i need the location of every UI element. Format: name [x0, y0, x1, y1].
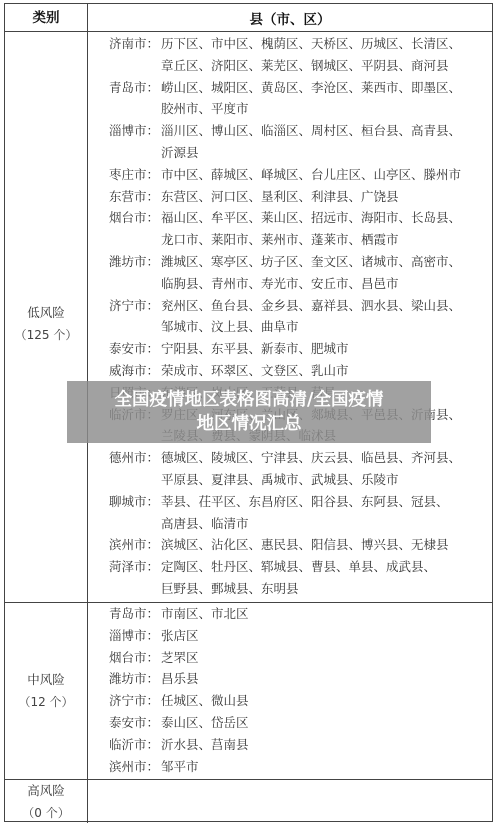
- city-entry: 泰安市：泰山区、岱岳区: [88, 712, 492, 734]
- title-overlay-banner: 全国疫情地区表格图高清/全国疫情 地区情况汇总: [67, 381, 431, 443]
- district-line: 芝罘区: [161, 647, 482, 669]
- high-risk-areas: [88, 780, 492, 823]
- district-line: 平原县、夏津县、禹城市、武城县、乐陵市: [161, 469, 482, 491]
- district-list: 荣成市、环翠区、文登区、乳山市: [161, 360, 492, 382]
- city-name: 青岛市：: [109, 603, 161, 625]
- city-name: 临沂市：: [109, 734, 161, 756]
- city-entry: 淄博市：张店区: [88, 625, 492, 647]
- medium-risk-label-cell: 中风险 （12 个）: [5, 603, 88, 779]
- high-risk-row: 高风险 （0 个）: [5, 780, 492, 823]
- low-risk-areas: 济南市：历下区、市中区、槐荫区、天桥区、历城区、长清区、章丘区、济阳区、莱芜区、…: [88, 32, 492, 602]
- district-line: 任城区、微山县: [161, 690, 482, 712]
- city-entry: 滨州市：滨城区、沾化区、惠民县、阳信县、博兴县、无棣县: [88, 534, 492, 556]
- header-areas: 县（市、区）: [88, 4, 492, 31]
- city-name: 泰安市：: [109, 338, 161, 360]
- district-list: 市中区、薛城区、峄城区、台儿庄区、山亭区、滕州市: [161, 164, 492, 186]
- district-line: 沂水县、莒南县: [161, 734, 482, 756]
- city-entry: 济宁市：兖州区、鱼台县、金乡县、嘉祥县、泗水县、梁山县、邹城市、汶上县、曲阜市: [88, 295, 492, 339]
- city-entry: 潍坊市：昌乐县: [88, 668, 492, 690]
- city-name: 德州市：: [109, 447, 161, 491]
- high-risk-label-cell: 高风险 （0 个）: [5, 780, 88, 823]
- city-name: 青岛市：: [109, 77, 161, 121]
- city-name: 聊城市：: [109, 491, 161, 535]
- risk-level-name: 中风险: [27, 669, 65, 691]
- risk-level-name: 低风险: [27, 302, 65, 324]
- district-line: 沂源县: [161, 142, 482, 164]
- overlay-title-line2: 地区情况汇总: [111, 412, 388, 436]
- city-entry: 济宁市：任城区、微山县: [88, 690, 492, 712]
- district-list: 崂山区、城阳区、黄岛区、李沧区、莱西市、即墨区、胶州市、平度市: [161, 77, 492, 121]
- city-entry: 威海市：荣成市、环翠区、文登区、乳山市: [88, 360, 492, 382]
- district-list: 莘县、茌平区、东昌府区、阳谷县、东阿县、冠县、高唐县、临清市: [161, 491, 492, 535]
- district-list: 潍城区、寒亭区、坊子区、奎文区、诸城市、高密市、临朐县、青州市、寿光市、安丘市、…: [161, 251, 492, 295]
- district-line: 胶州市、平度市: [161, 98, 482, 120]
- district-line: 市中区、薛城区、峄城区、台儿庄区、山亭区、滕州市: [161, 164, 482, 186]
- district-line: 邹平市: [161, 756, 482, 778]
- medium-risk-areas: 青岛市：市南区、市北区淄博市：张店区烟台市：芝罘区潍坊市：昌乐县济宁市：任城区、…: [88, 603, 492, 779]
- city-entry: 青岛市：崂山区、城阳区、黄岛区、李沧区、莱西市、即墨区、胶州市、平度市: [88, 77, 492, 121]
- city-name: 威海市：: [109, 360, 161, 382]
- city-entry: 济南市：历下区、市中区、槐荫区、天桥区、历城区、长清区、章丘区、济阳区、莱芜区、…: [88, 33, 492, 77]
- city-name: 滨州市：: [109, 534, 161, 556]
- district-line: 兖州区、鱼台县、金乡县、嘉祥县、泗水县、梁山县、: [161, 295, 482, 317]
- city-name: 潍坊市：: [109, 251, 161, 295]
- city-name: 滨州市：: [109, 756, 161, 778]
- city-entry: 德州市：德城区、陵城区、宁津县、庆云县、临邑县、齐河县、平原县、夏津县、禹城市、…: [88, 447, 492, 491]
- city-entry: 滨州市：邹平市: [88, 756, 492, 778]
- district-list: 福山区、牟平区、莱山区、招远市、海阳市、长岛县、龙口市、莱阳市、莱州市、蓬莱市、…: [161, 207, 492, 251]
- city-name: 济南市：: [109, 33, 161, 77]
- district-list: 历下区、市中区、槐荫区、天桥区、历城区、长清区、章丘区、济阳区、莱芜区、钢城区、…: [161, 33, 492, 77]
- district-line: 历下区、市中区、槐荫区、天桥区、历城区、长清区、: [161, 33, 482, 55]
- risk-level-count: （125 个）: [15, 324, 78, 346]
- header-category: 类别: [5, 4, 88, 31]
- district-list: 滨城区、沾化区、惠民县、阳信县、博兴县、无棣县: [161, 534, 492, 556]
- city-name: 枣庄市：: [109, 164, 161, 186]
- city-entry: 枣庄市：市中区、薛城区、峄城区、台儿庄区、山亭区、滕州市: [88, 164, 492, 186]
- city-entry: 泰安市：宁阳县、东平县、新泰市、肥城市: [88, 338, 492, 360]
- district-list: 淄川区、博山区、临淄区、周村区、桓台县、高青县、沂源县: [161, 120, 492, 164]
- district-line: 淄川区、博山区、临淄区、周村区、桓台县、高青县、: [161, 120, 482, 142]
- city-name: 烟台市：: [109, 207, 161, 251]
- risk-level-count: （0 个）: [22, 802, 69, 824]
- district-line: 章丘区、济阳区、莱芜区、钢城区、平阴县、商河县: [161, 55, 482, 77]
- district-list: 沂水县、莒南县: [161, 734, 492, 756]
- city-entry: 青岛市：市南区、市北区: [88, 603, 492, 625]
- district-line: 莘县、茌平区、东昌府区、阳谷县、东阿县、冠县、: [161, 491, 482, 513]
- city-entry: 东营市：东营区、河口区、垦利区、利津县、广饶县: [88, 186, 492, 208]
- district-list: 兖州区、鱼台县、金乡县、嘉祥县、泗水县、梁山县、邹城市、汶上县、曲阜市: [161, 295, 492, 339]
- city-entry: 潍坊市：潍城区、寒亭区、坊子区、奎文区、诸城市、高密市、临朐县、青州市、寿光市、…: [88, 251, 492, 295]
- district-list: 东营区、河口区、垦利区、利津县、广饶县: [161, 186, 492, 208]
- district-line: 龙口市、莱阳市、莱州市、蓬莱市、栖霞市: [161, 229, 482, 251]
- district-line: 东营区、河口区、垦利区、利津县、广饶县: [161, 186, 482, 208]
- district-line: 宁阳县、东平县、新泰市、肥城市: [161, 338, 482, 360]
- district-line: 临朐县、青州市、寿光市、安丘市、昌邑市: [161, 273, 482, 295]
- table-header-row: 类别 县（市、区）: [5, 4, 492, 32]
- city-name: 济宁市：: [109, 690, 161, 712]
- district-list: 定陶区、牡丹区、郓城县、曹县、单县、成武县、巨野县、鄄城县、东明县: [161, 556, 492, 600]
- city-name: 淄博市：: [109, 120, 161, 164]
- district-line: 张店区: [161, 625, 482, 647]
- district-line: 昌乐县: [161, 668, 482, 690]
- district-line: 德城区、陵城区、宁津县、庆云县、临邑县、齐河县、: [161, 447, 482, 469]
- district-list: 德城区、陵城区、宁津县、庆云县、临邑县、齐河县、平原县、夏津县、禹城市、武城县、…: [161, 447, 492, 491]
- city-entry: 烟台市：福山区、牟平区、莱山区、招远市、海阳市、长岛县、龙口市、莱阳市、莱州市、…: [88, 207, 492, 251]
- city-name: 淄博市：: [109, 625, 161, 647]
- risk-level-count: （12 个）: [18, 691, 73, 713]
- low-risk-label-cell: 低风险 （125 个）: [5, 32, 88, 602]
- district-line: 崂山区、城阳区、黄岛区、李沧区、莱西市、即墨区、: [161, 77, 482, 99]
- city-name: 济宁市：: [109, 295, 161, 339]
- district-list: 市南区、市北区: [161, 603, 492, 625]
- district-list: 张店区: [161, 625, 492, 647]
- district-line: 高唐县、临清市: [161, 513, 482, 535]
- district-line: 荣成市、环翠区、文登区、乳山市: [161, 360, 482, 382]
- city-entry: 临沂市：沂水县、莒南县: [88, 734, 492, 756]
- district-list: 宁阳县、东平县、新泰市、肥城市: [161, 338, 492, 360]
- district-list: 邹平市: [161, 756, 492, 778]
- risk-level-name: 高风险: [27, 780, 65, 802]
- city-name: 烟台市：: [109, 647, 161, 669]
- district-list: 泰山区、岱岳区: [161, 712, 492, 734]
- city-entry: 烟台市：芝罘区: [88, 647, 492, 669]
- district-line: 市南区、市北区: [161, 603, 482, 625]
- city-name: 潍坊市：: [109, 668, 161, 690]
- district-line: 福山区、牟平区、莱山区、招远市、海阳市、长岛县、: [161, 207, 482, 229]
- district-line: 定陶区、牡丹区、郓城县、曹县、单县、成武县、: [161, 556, 482, 578]
- district-line: 泰山区、岱岳区: [161, 712, 482, 734]
- city-name: 泰安市：: [109, 712, 161, 734]
- district-list: 昌乐县: [161, 668, 492, 690]
- medium-risk-row: 中风险 （12 个） 青岛市：市南区、市北区淄博市：张店区烟台市：芝罘区潍坊市：…: [5, 603, 492, 780]
- district-list: 芝罘区: [161, 647, 492, 669]
- city-entry: 淄博市：淄川区、博山区、临淄区、周村区、桓台县、高青县、沂源县: [88, 120, 492, 164]
- low-risk-row: 低风险 （125 个） 济南市：历下区、市中区、槐荫区、天桥区、历城区、长清区、…: [5, 32, 492, 603]
- district-line: 巨野县、鄄城县、东明县: [161, 578, 482, 600]
- district-list: 任城区、微山县: [161, 690, 492, 712]
- district-line: 潍城区、寒亭区、坊子区、奎文区、诸城市、高密市、: [161, 251, 482, 273]
- overlay-title-line1: 全国疫情地区表格图高清/全国疫情: [111, 388, 388, 412]
- district-line: 滨城区、沾化区、惠民县、阳信县、博兴县、无棣县: [161, 534, 482, 556]
- district-line: 邹城市、汶上县、曲阜市: [161, 316, 482, 338]
- city-name: 菏泽市：: [109, 556, 161, 600]
- city-entry: 菏泽市：定陶区、牡丹区、郓城县、曹县、单县、成武县、巨野县、鄄城县、东明县: [88, 556, 492, 600]
- city-name: 东营市：: [109, 186, 161, 208]
- city-entry: 聊城市：莘县、茌平区、东昌府区、阳谷县、东阿县、冠县、高唐县、临清市: [88, 491, 492, 535]
